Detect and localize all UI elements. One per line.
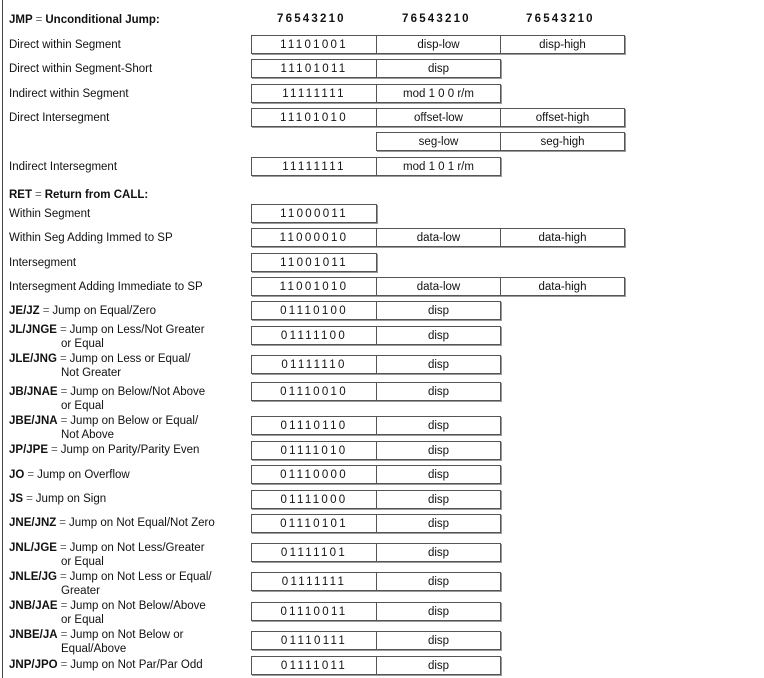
jump-mnemonic: JNL/JGE	[9, 542, 57, 554]
operand-byte: mod 1 0 0 r/m	[376, 84, 501, 103]
operand-byte: disp	[376, 301, 501, 320]
jump-mnemonic: JNE/JNZ	[9, 517, 56, 529]
operand-byte: disp	[376, 543, 501, 562]
equals-sign: =	[57, 353, 70, 365]
jump-description: Jump on Not Below or	[70, 629, 183, 641]
conditional-jump-label: JE/JZ=Jump on Equal/Zero	[9, 304, 156, 318]
conditional-jump-label: JB/JNAE=Jump on Below/Not Aboveor Equal	[9, 385, 205, 413]
jump-description: Jump on Less or Equal/	[70, 353, 191, 365]
jump-description: Jump on Parity/Parity Even	[61, 444, 200, 456]
jmp-section-title: JMP=Unconditional Jump:	[9, 13, 160, 27]
operand-byte: disp	[376, 631, 501, 650]
conditional-jump-label: JNL/JGE=Jump on Not Less/Greateror Equal	[9, 541, 205, 569]
opcode-byte: 11000010	[251, 228, 377, 247]
conditional-jump-label: JNBE/JA=Jump on Not Below orEqual/Above	[9, 628, 183, 656]
jump-mnemonic: JO	[9, 469, 24, 481]
jump-mnemonic: JS	[9, 493, 23, 505]
jump-description: Jump on Not Par/Par Odd	[70, 659, 202, 671]
equals-sign: =	[48, 444, 61, 456]
bit-header-byte3: 76543210	[526, 13, 595, 25]
opcode-byte: 01110010	[251, 382, 377, 401]
operand-byte: disp-high	[500, 35, 625, 54]
opcode-byte: 11101011	[251, 59, 377, 78]
conditional-jump-label: JBE/JNA=Jump on Below or Equal/Not Above	[9, 414, 198, 442]
opcode-byte: 01110011	[251, 602, 377, 621]
conditional-jump-label: JLE/JNG=Jump on Less or Equal/Not Greate…	[9, 352, 190, 380]
ret-row-label: Within Seg Adding Immed to SP	[9, 231, 173, 245]
opcode-byte: 01111000	[251, 490, 377, 509]
operand-byte: disp	[376, 656, 501, 675]
operand-byte: disp	[376, 382, 501, 401]
equals-sign: =	[57, 571, 70, 583]
jump-description: Jump on Not Equal/Not Zero	[69, 517, 215, 529]
jmp-mnemonic: JMP	[9, 14, 33, 26]
equals-sign: =	[56, 517, 69, 529]
opcode-byte: 11001010	[251, 277, 377, 296]
jump-mnemonic: JNP/JPO	[9, 659, 58, 671]
equals-sign: =	[57, 324, 70, 336]
equals-sign: =	[32, 189, 45, 201]
operand-byte: data-high	[500, 228, 625, 247]
left-border	[2, 0, 3, 678]
jump-description: Jump on Overflow	[37, 469, 130, 481]
opcode-byte: 01111101	[251, 543, 377, 562]
ret-row-label: Intersegment Adding Immediate to SP	[9, 280, 203, 294]
opcode-byte: 01111011	[251, 656, 377, 675]
conditional-jump-label: JNLE/JG=Jump on Not Less or Equal/Greate…	[9, 570, 212, 598]
operand-byte: mod 1 0 1 r/m	[376, 157, 501, 176]
opcode-byte: 01110110	[251, 416, 377, 435]
equals-sign: =	[23, 493, 36, 505]
ret-section-title: RET=Return from CALL:	[9, 188, 148, 202]
conditional-jump-label: JL/JNGE=Jump on Less/Not Greateror Equal	[9, 323, 205, 351]
jump-description: Jump on Not Below/Above	[70, 600, 206, 612]
conditional-jump-label: JNP/JPO=Jump on Not Par/Par Odd	[9, 658, 203, 672]
operand-byte: disp	[376, 514, 501, 533]
operand-byte: seg-low	[376, 132, 501, 151]
jump-description: Jump on Sign	[36, 493, 106, 505]
operand-byte: disp	[376, 355, 501, 374]
jump-description-continued: Not Greater	[9, 366, 190, 380]
jump-mnemonic: JNBE/JA	[9, 629, 58, 641]
jump-mnemonic: JP/JPE	[9, 444, 48, 456]
equals-sign: =	[33, 14, 46, 26]
equals-sign: =	[58, 600, 71, 612]
opcode-byte: 01111100	[251, 326, 377, 345]
bit-header-byte1: 76543210	[277, 13, 346, 25]
jump-mnemonic: JE/JZ	[9, 305, 40, 317]
bit-header-byte2: 76543210	[402, 13, 471, 25]
opcode-byte: 01111010	[251, 441, 377, 460]
operand-byte: disp	[376, 59, 501, 78]
jmp-row-label: Direct within Segment	[9, 38, 121, 52]
jump-description: Jump on Not Less or Equal/	[70, 571, 212, 583]
operand-byte: data-low	[376, 277, 501, 296]
operand-byte: offset-low	[376, 108, 501, 127]
jump-mnemonic: JBE/JNA	[9, 415, 58, 427]
operand-byte: disp	[376, 572, 501, 591]
opcode-byte: 01110101	[251, 514, 377, 533]
jump-description-continued: Greater	[9, 584, 212, 598]
jump-description-continued: or Equal	[9, 555, 205, 569]
ret-row-label: Within Segment	[9, 207, 90, 221]
operand-byte: seg-high	[500, 132, 625, 151]
jump-description-continued: Equal/Above	[9, 642, 183, 656]
jmp-row-label: Indirect Intersegment	[9, 160, 117, 174]
jmp-row-label: Indirect within Segment	[9, 87, 129, 101]
equals-sign: =	[58, 386, 71, 398]
operand-byte: disp	[376, 490, 501, 509]
conditional-jump-label: JNB/JAE=Jump on Not Below/Aboveor Equal	[9, 599, 206, 627]
conditional-jump-label: JO=Jump on Overflow	[9, 468, 130, 482]
jmp-row-label: Direct Intersegment	[9, 111, 109, 125]
opcode-byte: 01110000	[251, 465, 377, 484]
opcode-byte: 11101010	[251, 108, 377, 127]
operand-byte: data-high	[500, 277, 625, 296]
opcode-byte: 01111110	[251, 355, 377, 374]
operand-byte: disp	[376, 441, 501, 460]
jump-description: Jump on Not Less/Greater	[70, 542, 205, 554]
opcode-byte: 11111111	[251, 84, 377, 103]
conditional-jump-label: JNE/JNZ=Jump on Not Equal/Not Zero	[9, 516, 215, 530]
opcode-byte: 01111111	[251, 572, 377, 591]
operand-byte: disp	[376, 602, 501, 621]
jump-mnemonic: JB/JNAE	[9, 386, 58, 398]
equals-sign: =	[58, 629, 71, 641]
jump-description: Jump on Below/Not Above	[70, 386, 205, 398]
jump-description: Jump on Below or Equal/	[70, 415, 198, 427]
equals-sign: =	[58, 415, 71, 427]
opcode-byte: 01110100	[251, 301, 377, 320]
jump-description: Jump on Less/Not Greater	[70, 324, 205, 336]
jump-description-continued: or Equal	[9, 399, 205, 413]
jmp-row-label: Direct within Segment-Short	[9, 62, 152, 76]
equals-sign: =	[57, 542, 70, 554]
ret-row-label: Intersegment	[9, 256, 76, 270]
jump-mnemonic: JNB/JAE	[9, 600, 58, 612]
conditional-jump-label: JP/JPE=Jump on Parity/Parity Even	[9, 443, 199, 457]
operand-byte: offset-high	[500, 108, 625, 127]
operand-byte: disp	[376, 416, 501, 435]
opcode-byte: 11000011	[251, 204, 377, 223]
jump-mnemonic: JL/JNGE	[9, 324, 57, 336]
jump-description-continued: or Equal	[9, 613, 206, 627]
equals-sign: =	[58, 659, 71, 671]
operand-byte: disp	[376, 465, 501, 484]
opcode-byte: 11001011	[251, 253, 377, 272]
opcode-byte: 01110111	[251, 631, 377, 650]
jump-mnemonic: JNLE/JG	[9, 571, 57, 583]
operand-byte: data-low	[376, 228, 501, 247]
ret-title: Return from CALL:	[45, 189, 149, 201]
operand-byte: disp	[376, 326, 501, 345]
ret-mnemonic: RET	[9, 189, 32, 201]
opcode-byte: 11111111	[251, 157, 377, 176]
jmp-title: Unconditional Jump:	[45, 14, 159, 26]
jump-description: Jump on Equal/Zero	[52, 305, 156, 317]
opcode-byte: 11101001	[251, 35, 377, 54]
equals-sign: =	[40, 305, 53, 317]
jump-description-continued: Not Above	[9, 428, 198, 442]
equals-sign: =	[24, 469, 37, 481]
jump-mnemonic: JLE/JNG	[9, 353, 57, 365]
conditional-jump-label: JS=Jump on Sign	[9, 492, 106, 506]
jump-description-continued: or Equal	[9, 337, 205, 351]
operand-byte: disp-low	[376, 35, 501, 54]
